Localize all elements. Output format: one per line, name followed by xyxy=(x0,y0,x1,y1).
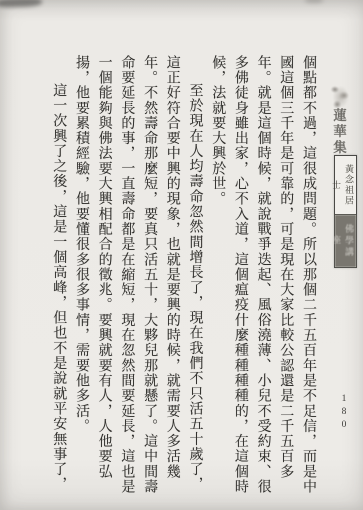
book-title-text: 蓮華集 xyxy=(331,108,346,156)
author-label: 黃念祖居士 xyxy=(335,156,356,215)
scan-smudge-icon xyxy=(305,0,323,3)
paragraph: 至於現在人均壽命忽然間增長了，現在我們不只活五十歲了，這正好符合要中興的現象，也… xyxy=(69,55,205,499)
scanned-book-page: { "header": { "book_title": "蓮華集", "volu… xyxy=(0,0,363,510)
category-label: 佛學講座 xyxy=(335,215,356,267)
header-label-box: 黃念祖居士 佛學講座 xyxy=(334,155,357,268)
paragraph: 個點都不過，這很成問題。所以那個二千五百年是不足信，而是中國這個三千年是可靠的，… xyxy=(205,55,319,499)
book-page: 蓮華集(二) 黃念祖居士 佛學講座 180 個點都不過，這很成問題。所以那個二千… xyxy=(0,0,363,510)
paragraph: 這一次興了之後，這是一個高峰，但也不是說就平安無事了， xyxy=(47,55,70,499)
scan-smudge-icon xyxy=(0,0,42,8)
body-text: 個點都不過，這很成問題。所以那個二千五百年是不足信，而是中國這個三千年是可靠的，… xyxy=(41,55,319,499)
page-number: 180 xyxy=(339,394,349,433)
